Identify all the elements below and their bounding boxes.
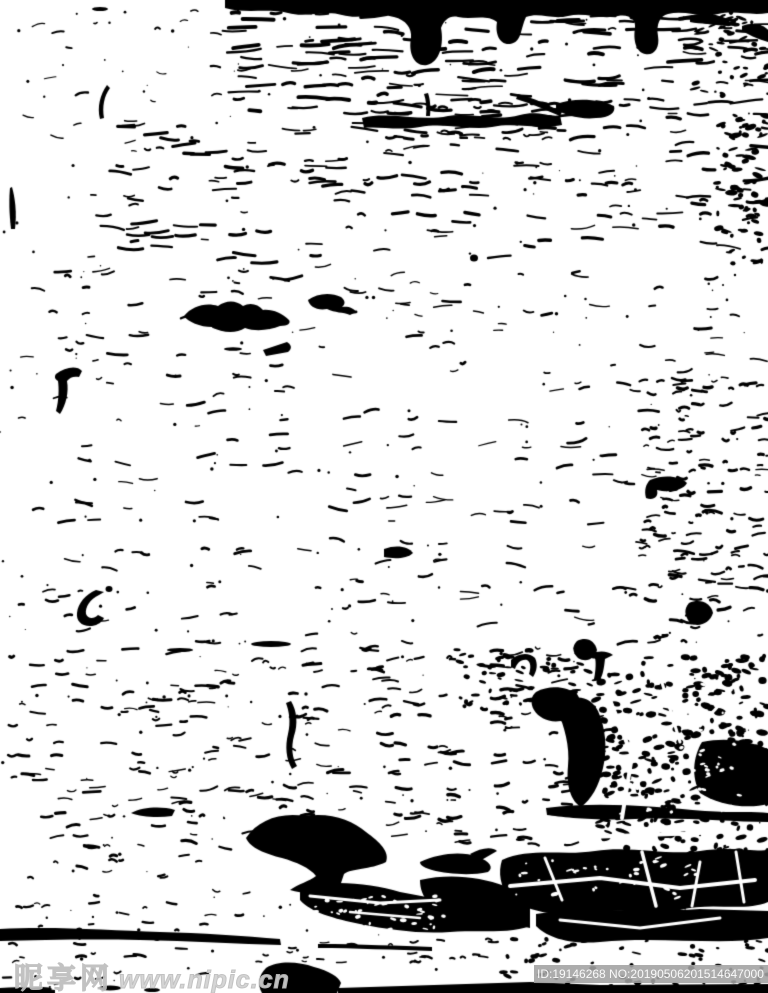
watermark-id-text: ID:19146268 NO:20190506201514647000	[537, 967, 764, 981]
grunge-texture-image: 昵享网www.nipic.cn ID:19146268 NO:201905062…	[0, 0, 768, 993]
watermark-site-name: 昵享网	[14, 963, 113, 993]
watermark-id-bar: ID:19146268 NO:20190506201514647000	[534, 965, 768, 983]
watermark-nipic-logo: 昵享网www.nipic.cn	[14, 956, 290, 993]
texture-canvas	[0, 0, 768, 993]
watermark-site-url: www.nipic.cn	[119, 966, 290, 993]
